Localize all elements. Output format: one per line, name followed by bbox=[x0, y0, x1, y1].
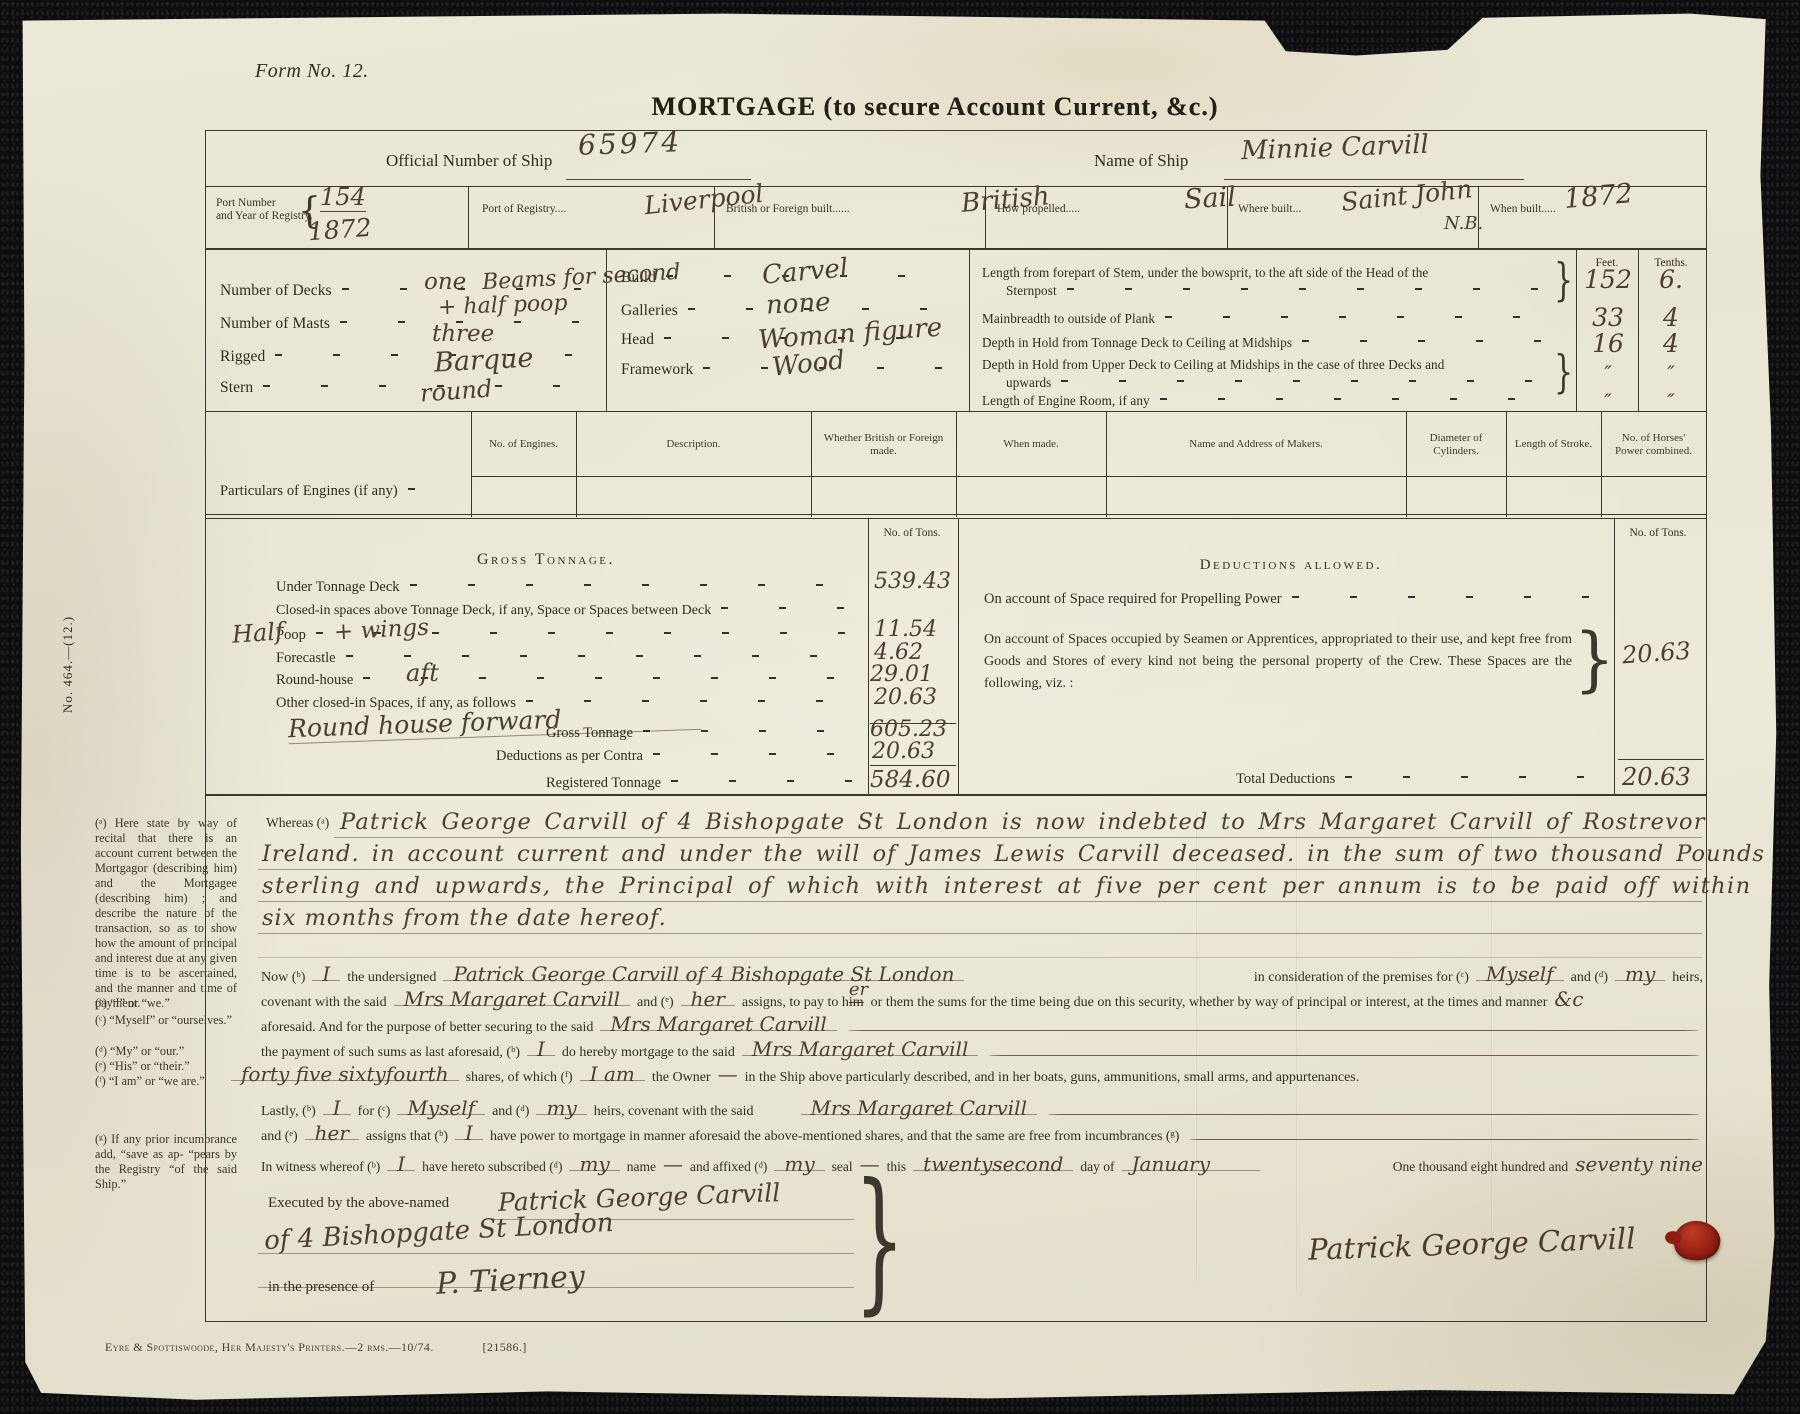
lastly-her: her bbox=[305, 1128, 359, 1140]
tonnage-row-value: 584.60 bbox=[870, 767, 950, 793]
witness-my: my bbox=[569, 1159, 619, 1171]
witness-lead: In witness whereof (ᵇ) bbox=[261, 1159, 380, 1175]
registry-year-value: 1872 bbox=[307, 213, 372, 246]
tonnage-row-label: Closed-in spaces above Tonnage Deck, if … bbox=[276, 603, 711, 619]
covenant-pay-prefix: assigns, to pay to h bbox=[742, 995, 849, 1011]
lastly-assigns-label: assigns that (ᵇ) bbox=[366, 1129, 448, 1145]
engines-col-header: No. of Horses' Power combined. bbox=[1601, 415, 1706, 475]
tonnage-hw-half: Half bbox=[231, 617, 285, 649]
dimension-feet: 33 bbox=[1580, 303, 1636, 332]
mortgagee-name: Mrs Margaret Carvill bbox=[600, 1019, 836, 1031]
covenant-and-d: and (ᵈ) bbox=[1571, 970, 1608, 986]
tonnage-row-value: 539.43 bbox=[874, 569, 951, 594]
executed-by-label: Executed by the above-named bbox=[268, 1195, 449, 1212]
rigged-value: Barque bbox=[433, 342, 534, 378]
mortgagee-name: Mrs Margaret Carvill bbox=[742, 1044, 978, 1056]
executed-address: of 4 Bishopgate St London bbox=[263, 1208, 614, 1256]
engines-col-header: Whether British or Foreign made. bbox=[811, 415, 956, 475]
covenant-myself: Myself bbox=[1476, 969, 1564, 981]
framework-label: Framework bbox=[621, 361, 693, 379]
dimension-label-cont: Sternpost bbox=[1006, 283, 1057, 299]
tonnage-row-label: Registered Tonnage bbox=[546, 775, 661, 792]
covenant-payment-label: the payment of such sums as last aforesa… bbox=[261, 1045, 520, 1061]
mortgagor-signature: Patrick George Carvill bbox=[1308, 1221, 1636, 1266]
lastly-for-label: for (ᶜ) bbox=[358, 1104, 391, 1120]
stern-label: Stern bbox=[220, 379, 253, 397]
witness-name-label: name bbox=[627, 1159, 656, 1175]
whereas-line-2: Ireland. in account current and under th… bbox=[262, 841, 1765, 867]
lastly-i: I bbox=[455, 1128, 483, 1140]
witness-my: my bbox=[774, 1159, 824, 1171]
covenant-manner-note: &c bbox=[1554, 994, 1583, 1004]
official-number-value: 65974 bbox=[577, 125, 682, 162]
covenant-with-label: covenant with the said bbox=[261, 995, 387, 1011]
witness-subscribed: have hereto subscribed (ᵈ) bbox=[422, 1159, 562, 1175]
dimension-tenths: ″ bbox=[1642, 361, 1700, 385]
lastly-power-label: have power to mortgage in manner aforesa… bbox=[490, 1129, 1180, 1145]
tonnage-hw-wings: + wings bbox=[333, 615, 429, 646]
covenant-shares-label: shares, of which (ᶠ) bbox=[466, 1070, 573, 1086]
lastly-my: my bbox=[536, 1103, 586, 1115]
whereas-line-1: Patrick George Carvill of 4 Bishopgate S… bbox=[340, 809, 1706, 835]
dimension-feet: 152 bbox=[1580, 265, 1636, 294]
total-deductions-value: 20.63 bbox=[1622, 763, 1691, 791]
tonnage-row-value: 29.01 bbox=[870, 662, 933, 687]
lastly-and-label: and (ᵈ) bbox=[492, 1104, 529, 1120]
propelled-label: How propelled..... bbox=[997, 203, 1080, 215]
covenant-owner-label: the Owner bbox=[652, 1070, 711, 1086]
wax-seal bbox=[1670, 1216, 1724, 1266]
owner-dash: — bbox=[718, 1069, 738, 1079]
covenant-aforesaid-label: aforesaid. And for the purpose of better… bbox=[261, 1020, 593, 1036]
rigged-label: Rigged bbox=[220, 348, 265, 366]
covenant-and-e: and (ᵉ) bbox=[637, 995, 674, 1011]
lastly-and-e: and (ᵉ) bbox=[261, 1129, 298, 1145]
deduction-row-label: On account of Space required for Propell… bbox=[984, 591, 1282, 608]
propelled-value: Sail bbox=[1183, 182, 1236, 216]
whereas-line-4: six months from the date hereof. bbox=[262, 905, 667, 931]
witness-i: I bbox=[387, 1159, 415, 1171]
dimension-label: Depth in Hold from Upper Deck to Ceiling… bbox=[982, 357, 1444, 373]
dimension-feet: ″ bbox=[1580, 389, 1636, 413]
masts-label: Number of Masts bbox=[220, 315, 330, 333]
witness-affixed: and affixed (ᵈ) bbox=[690, 1159, 767, 1175]
official-number-label: Official Number of Ship bbox=[386, 151, 552, 171]
covenant-i-am: I am bbox=[580, 1069, 645, 1081]
engines-col-header: Name and Address of Makers. bbox=[1106, 415, 1406, 475]
engines-col-header: No. of Engines. bbox=[471, 415, 576, 475]
covenant-pay-rest: or them the sums for the time being due … bbox=[871, 995, 1548, 1011]
dimension-tenths: 4 bbox=[1642, 329, 1700, 358]
printer-imprint: Eyre & Spottiswoode, Her Majesty's Print… bbox=[105, 1340, 527, 1355]
stern-value: round bbox=[419, 375, 493, 408]
covenant-i: I bbox=[527, 1044, 555, 1056]
dimension-feet: ″ bbox=[1580, 361, 1636, 385]
printer-line: Eyre & Spottiswoode, Her Majesty's Print… bbox=[105, 1340, 434, 1354]
total-deductions-label: Total Deductions bbox=[1236, 771, 1335, 788]
whereas-line-3: sterling and upwards, the Principal of w… bbox=[262, 873, 1752, 899]
witness-dash: — bbox=[663, 1159, 683, 1169]
dimension-tenths: 4 bbox=[1642, 303, 1700, 332]
covenant-her: her bbox=[681, 994, 735, 1006]
ship-name-value: Minnie Carvill bbox=[1241, 130, 1430, 167]
form-body: Official Number of Ship 65974 Name of Sh… bbox=[205, 130, 1707, 1322]
covenant-i: I bbox=[312, 969, 340, 981]
port-number-value: 154 bbox=[320, 183, 366, 212]
covenant-mortgage-label: do hereby mortgage to the said bbox=[562, 1045, 735, 1061]
execution-year: seventy nine bbox=[1575, 1159, 1703, 1169]
covenant-now-label: Now (ᵇ) bbox=[261, 970, 305, 986]
decks-label: Number of Decks bbox=[220, 282, 332, 300]
witness-seal-label: seal bbox=[832, 1159, 853, 1175]
covenant-ship-label: in the Ship above particularly described… bbox=[745, 1070, 1360, 1086]
tonnage-row-value: 20.63 bbox=[872, 739, 935, 764]
dimension-feet: 16 bbox=[1580, 329, 1636, 358]
tonnage-row-label: Deductions as per Contra bbox=[496, 748, 643, 765]
head-label: Head bbox=[621, 331, 654, 349]
dimension-tenths: 6. bbox=[1642, 265, 1700, 294]
lastly-lead: Lastly, (ᵇ) bbox=[261, 1104, 316, 1120]
tons-column-header: No. of Tons. bbox=[866, 527, 958, 539]
tonnage-row-label: Round-house bbox=[276, 672, 353, 689]
engines-col-header: Length of Stroke. bbox=[1506, 415, 1601, 475]
where-built-value: Saint John bbox=[1340, 174, 1474, 217]
engines-row-label: Particulars of Engines (if any) bbox=[220, 483, 398, 500]
printer-job-number: [21586.] bbox=[483, 1340, 527, 1354]
deduction-row-label: On account of Spaces occupied by Seamen … bbox=[984, 629, 1572, 695]
galleries-value: none bbox=[765, 287, 831, 320]
shares-amount: forty five sixtyfourth bbox=[231, 1069, 459, 1081]
tons-column-header: No. of Tons. bbox=[1612, 527, 1704, 539]
dimension-label: Length from forepart of Stem, under the … bbox=[982, 265, 1428, 281]
port-number-label-line1: Port Number bbox=[216, 197, 276, 209]
when-built-label: When built..... bbox=[1490, 203, 1556, 215]
witness-day-of: day of bbox=[1080, 1159, 1114, 1175]
lastly-myself: Myself bbox=[397, 1103, 485, 1115]
execution-brace: } bbox=[854, 1177, 905, 1303]
deductions-title: Deductions allowed. bbox=[976, 557, 1606, 574]
deduction-row-value: 20.63 bbox=[1621, 637, 1692, 670]
engines-col-header: Description. bbox=[576, 415, 811, 475]
mortgagee-name: Mrs Margaret Carvill bbox=[394, 994, 630, 1006]
witness-year-printed: One thousand eight hundred and bbox=[1393, 1159, 1568, 1175]
covenant-premises-label: in consideration of the premises for (ᶜ) bbox=[1254, 970, 1469, 986]
lastly-i: I bbox=[323, 1103, 351, 1115]
tonnage-row-value: 20.63 bbox=[874, 685, 937, 710]
decks-note-1: Beams for second bbox=[481, 260, 681, 295]
whereas-lead: Whereas (ᵃ) bbox=[266, 815, 329, 831]
handwritten-correction: er bbox=[849, 979, 868, 1000]
dimension-label: Length of Engine Room, if any bbox=[982, 393, 1150, 409]
covenant-my: my bbox=[1615, 969, 1665, 981]
tonnage-row-label: Forecastle bbox=[276, 650, 336, 667]
ship-name-label: Name of Ship bbox=[1094, 151, 1188, 171]
port-of-registry-label: Port of Registry.... bbox=[482, 203, 566, 215]
gross-tonnage-title: Gross Tonnage. bbox=[266, 551, 826, 569]
decks-note-2: + half poop bbox=[438, 291, 568, 321]
engines-col-header: Diameter of Cylinders. bbox=[1406, 415, 1506, 475]
dimension-label: Depth in Hold from Tonnage Deck to Ceili… bbox=[982, 335, 1292, 351]
dimension-tenths: ″ bbox=[1642, 389, 1700, 413]
dimension-label-cont: upwards bbox=[1006, 375, 1051, 391]
covenant-undersigned-label: the undersigned bbox=[347, 970, 436, 986]
presence-label: in the presence of bbox=[268, 1279, 374, 1296]
where-built-label: Where built... bbox=[1238, 203, 1301, 215]
attesting-witness-signature: P. Tierney bbox=[435, 1259, 586, 1302]
engines-col-header: When made. bbox=[956, 415, 1106, 475]
lastly-heirs-label: heirs, covenant with the said bbox=[594, 1104, 754, 1120]
tonnage-row-label: Under Tonnage Deck bbox=[276, 579, 400, 596]
when-built-value: 1872 bbox=[1563, 178, 1634, 215]
form-title: MORTGAGE (to secure Account Current, &c.… bbox=[205, 92, 1665, 122]
execution-day: twentysecond bbox=[913, 1159, 1073, 1171]
margin-form-reference: No. 464.—(12.) bbox=[60, 616, 76, 713]
mortgage-document-page: Form No. 12. MORTGAGE (to secure Account… bbox=[20, 8, 1778, 1404]
mortgagor-name: Patrick George Carvill of 4 Bishopgate S… bbox=[443, 969, 964, 981]
tonnage-hw-aft: aft bbox=[406, 659, 439, 687]
decks-value: one bbox=[424, 269, 466, 295]
covenant-heirs-label: heirs, bbox=[1672, 970, 1703, 986]
execution-month: January bbox=[1122, 1159, 1261, 1171]
mortgagee-name: Mrs Margaret Carvill bbox=[801, 1103, 1037, 1115]
dimension-label: Mainbreadth to outside of Plank bbox=[982, 311, 1155, 327]
galleries-label: Galleries bbox=[621, 302, 678, 320]
form-number: Form No. 12. bbox=[255, 60, 369, 83]
tonnage-row-value: 11.54 bbox=[874, 617, 937, 642]
tonnage-row-label: Gross Tonnage bbox=[546, 725, 633, 742]
masts-value: three bbox=[432, 321, 494, 347]
built-label: British or Foreign built...... bbox=[726, 203, 850, 215]
where-built-province: N.B. bbox=[1444, 213, 1483, 234]
